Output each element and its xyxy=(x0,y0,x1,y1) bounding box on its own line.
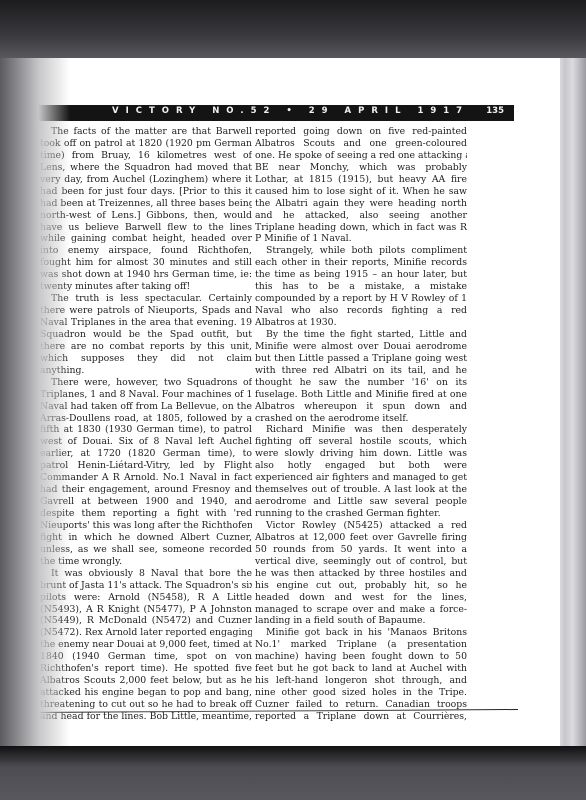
text-line: The facts of the matter are that Barwell xyxy=(40,126,252,138)
text-line: this has to be a mistake, a mistake xyxy=(255,281,467,293)
text-line: attacked his engine began to pop and ban… xyxy=(40,687,252,699)
text-line: Albatros Scouts 2,000 feet below, but as… xyxy=(40,675,252,687)
book-page-edges xyxy=(556,58,586,746)
text-line: nine other good sized holes in the Tripe… xyxy=(255,687,467,699)
text-line: landing in a field south of Bapaume. xyxy=(255,615,467,627)
text-line: which supposes they did not claim xyxy=(40,353,252,365)
running-head: VICTORY NO.52 • 29 APRIL 1917 135 xyxy=(28,105,514,121)
text-line: themselves out of trouble. A last look a… xyxy=(255,484,467,496)
text-line: unless, as we shall see, someone recorde… xyxy=(40,544,252,556)
chapter-title: VICTORY NO.52 • 29 APRIL 1917 xyxy=(112,106,469,116)
text-line: with three red Albatri on its tail, and … xyxy=(255,365,467,377)
text-line: Triplanes, 1 and 8 Naval. Four machines … xyxy=(40,389,252,401)
text-line: fight in which he downed Albert Cuzner, xyxy=(40,532,252,544)
text-line: feet but he got back to land at Auchel w… xyxy=(255,663,467,675)
text-line: but then Little passed a Triplane going … xyxy=(255,353,467,365)
right-text-column: reported going down on five red-paintedA… xyxy=(255,126,467,723)
text-line: experienced air fighters and managed to … xyxy=(255,472,467,484)
left-text-column: The facts of the matter are that Barwell… xyxy=(40,126,252,723)
text-line: Lens, where the Squadron had moved that xyxy=(40,162,252,174)
text-line: 50 rounds from 50 yards. It went into a xyxy=(255,544,467,556)
text-line: P Minifie of 1 Naval. xyxy=(255,233,467,245)
text-line: Lothar, at 1815 (1915), but heavy AA fir… xyxy=(255,174,467,186)
text-line: compounded by a report by H V Rowley of … xyxy=(255,293,467,305)
text-line: the Albatri again they were heading nort… xyxy=(255,198,467,210)
text-line: Albatros at 12,000 feet over Gavrelle fi… xyxy=(255,532,467,544)
text-line: Albatros at 1930. xyxy=(255,317,467,329)
text-line: headed down and west for the lines, xyxy=(255,592,467,604)
text-line: thought he saw the number '16' on its xyxy=(255,377,467,389)
text-line: It was obviously 8 Naval that bore the xyxy=(40,568,252,580)
text-line: Squadron would be the Spad outfit, but xyxy=(40,329,252,341)
text-line: Naval Triplanes in the area that evening… xyxy=(40,317,252,329)
text-line: (N5493), A R Knight (N5477), P A Johnsto… xyxy=(40,604,252,616)
text-line: fighting off several hostile scouts, whi… xyxy=(255,436,467,448)
text-line: west of Douai. Six of 8 Naval left Auche… xyxy=(40,436,252,448)
text-line: The truth is less spectacular. Certainly xyxy=(40,293,252,305)
text-line: fought him for almost 30 minutes and sti… xyxy=(40,257,252,269)
text-line: pilots were: Arnold (N5458), R A Little xyxy=(40,592,252,604)
text-line: reported going down on five red-painted xyxy=(255,126,467,138)
text-line: crashed on the aerodrome itself. xyxy=(255,413,467,425)
text-line: There were, however, two Squadrons of xyxy=(40,377,252,389)
text-line: Naval who also records fighting a red xyxy=(255,305,467,317)
text-line: running to the crashed German fighter. xyxy=(255,508,467,520)
text-line: fuselage. Both Little and Minifie fired … xyxy=(255,389,467,401)
text-line: machine) having been fought down to 50 xyxy=(255,651,467,663)
text-line: had their engagement, around Fresnoy and xyxy=(40,484,252,496)
text-line: Victor Rowley (N5425) attacked a red xyxy=(255,520,467,532)
book-page: VICTORY NO.52 • 29 APRIL 1917 135 The fa… xyxy=(0,58,560,746)
text-line: the enemy near Douai at 9,000 feet, time… xyxy=(40,639,252,651)
text-line: while gaining combat height, headed over xyxy=(40,233,252,245)
scan-background-bottom xyxy=(0,745,586,800)
text-line: had been for just four days. [Prior to t… xyxy=(40,186,252,198)
text-line: each other in their reports, Minifie rec… xyxy=(255,257,467,269)
text-line: No.1' marked Triplane (a presentation xyxy=(255,639,467,651)
text-line: Minifie got back in his 'Manaos Britons xyxy=(255,627,467,639)
text-line: Naval had taken off from La Bellevue, on… xyxy=(40,401,252,413)
text-line: Arras-Doullens road, at 1805, followed b… xyxy=(40,413,252,425)
text-line: Triplane heading down, which in fact was… xyxy=(255,222,467,234)
text-line: were slowly driving him down. Little was xyxy=(255,448,467,460)
text-line: his left-hand longeron shot through, and xyxy=(255,675,467,687)
text-line: patrol Henin-Liétard-Vitry, led by Fligh… xyxy=(40,460,252,472)
text-line: had been at Treizennes, all three bases … xyxy=(40,198,252,210)
text-line: very day, from Auchel (Lozinghem) where … xyxy=(40,174,252,186)
text-line: BE near Monchy, which was probably xyxy=(255,162,467,174)
text-line: Nieuports' this was long after the Richt… xyxy=(40,520,252,532)
text-line: (N5449), R McDonald (N5472) and Cuzner xyxy=(40,615,252,627)
text-line: twenty minutes after taking off! xyxy=(40,281,252,293)
text-line: Richard Minifie was then desperately xyxy=(255,424,467,436)
text-line: time) from Bruay, 16 kilometres west of xyxy=(40,150,252,162)
text-line: one. He spoke of seeing a red one attack… xyxy=(255,150,467,162)
text-line: there were patrols of Nieuports, Spads a… xyxy=(40,305,252,317)
text-line: caused him to lose sight of it. When he … xyxy=(255,186,467,198)
text-line: threatening to cut out so he had to brea… xyxy=(40,699,252,711)
text-line: brunt of Jasta 11's attack. The Squadron… xyxy=(40,580,252,592)
text-line: Richthofen's report time). He spotted fi… xyxy=(40,663,252,675)
text-line: also hotly engaged but both were xyxy=(255,460,467,472)
text-line: Gavrell at between 1900 and 1940, and xyxy=(40,496,252,508)
text-line: earlier, at 1720 (1820 German time), to xyxy=(40,448,252,460)
scan-background-top xyxy=(0,0,586,60)
text-line: was shot down at 1940 hrs German time, i… xyxy=(40,269,252,281)
text-line: Strangely, while both pilots compliment xyxy=(255,245,467,257)
text-line: into enemy airspace, found Richthofen, xyxy=(40,245,252,257)
text-line: despite them reporting a fight with 'red xyxy=(40,508,252,520)
text-line: his engine cut out, probably hit, so he xyxy=(255,580,467,592)
text-line: aerodrome and Little saw several people xyxy=(255,496,467,508)
text-line: there are no combat reports by this unit… xyxy=(40,341,252,353)
text-line: and he attacked, also seeing another xyxy=(255,210,467,222)
text-line: 1840 (1940 German time, spot on von xyxy=(40,651,252,663)
text-line: have us believe Barwell flew to the line… xyxy=(40,222,252,234)
text-line: (N5472). Rex Arnold later reported engag… xyxy=(40,627,252,639)
text-line: anything. xyxy=(40,365,252,377)
text-line: Albatros whereupon it spun down and xyxy=(255,401,467,413)
text-line: he was then attacked by three hostiles a… xyxy=(255,568,467,580)
text-line: Commander A R Arnold. No.1 Naval in fact xyxy=(40,472,252,484)
text-line: the time as being 1915 – an hour later, … xyxy=(255,269,467,281)
page-number: 135 xyxy=(486,106,504,116)
text-line: north-west of Lens.] Gibbons, then, woul… xyxy=(40,210,252,222)
text-line: Albatros Scouts and one green-coloured xyxy=(255,138,467,150)
text-line: the time wrongly. xyxy=(40,556,252,568)
text-line: took off on patrol at 1820 (1920 pm Germ… xyxy=(40,138,252,150)
text-line: fifth at 1830 (1930 German time), to pat… xyxy=(40,424,252,436)
text-line: By the time the fight started, Little an… xyxy=(255,329,467,341)
text-line: reported a Triplane down at Courrières, xyxy=(255,711,467,723)
text-line: vertical dive, seemingly out of control,… xyxy=(255,556,467,568)
text-line: managed to scrape over and make a force- xyxy=(255,604,467,616)
text-line: Minifie were almost over Douai aerodrome xyxy=(255,341,467,353)
